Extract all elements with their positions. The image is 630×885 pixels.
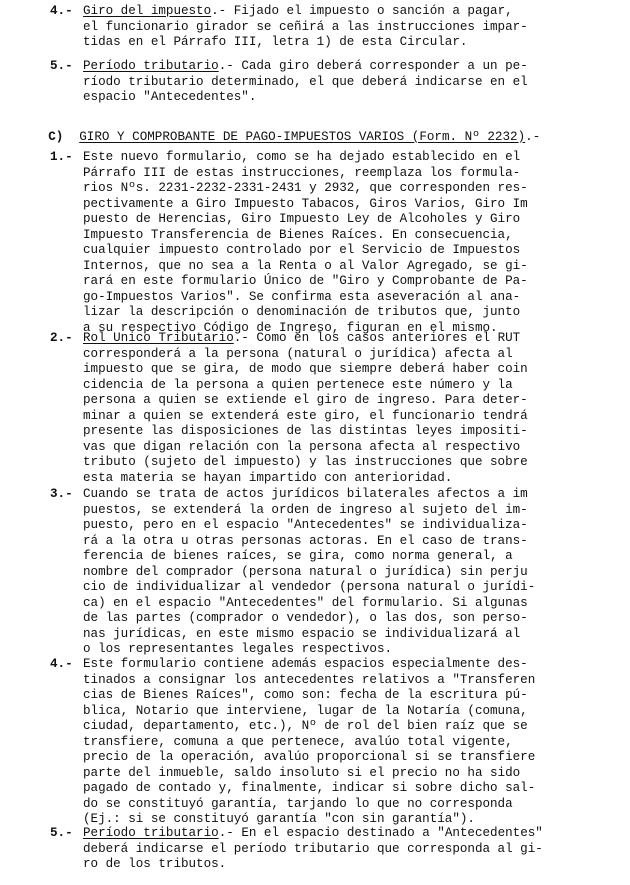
section-letter: C) (48, 130, 79, 146)
section-title: GIRO Y COMPROBANTE DE PAGO-IMPUESTOS VAR… (79, 130, 525, 144)
paragraph-number: 2.- (50, 331, 73, 347)
paragraph-number: 3.- (50, 487, 73, 503)
paragraph-heading: Período tributario (83, 826, 219, 840)
paragraph-heading: Rol Unico Tributario (83, 331, 234, 345)
paragraph-number: 4.- (50, 657, 73, 673)
document-page: 4.- Giro del impuesto.- Fijado el impues… (0, 0, 630, 885)
paragraph-heading: Giro del impuesto (83, 4, 211, 18)
paragraph-number: 5.- (50, 826, 73, 842)
paragraph-number: 1.- (50, 150, 73, 166)
paragraph-number: 5.- (50, 59, 73, 75)
paragraph-number: 4.- (50, 4, 73, 20)
paragraph-heading: Período tributario (83, 59, 219, 73)
